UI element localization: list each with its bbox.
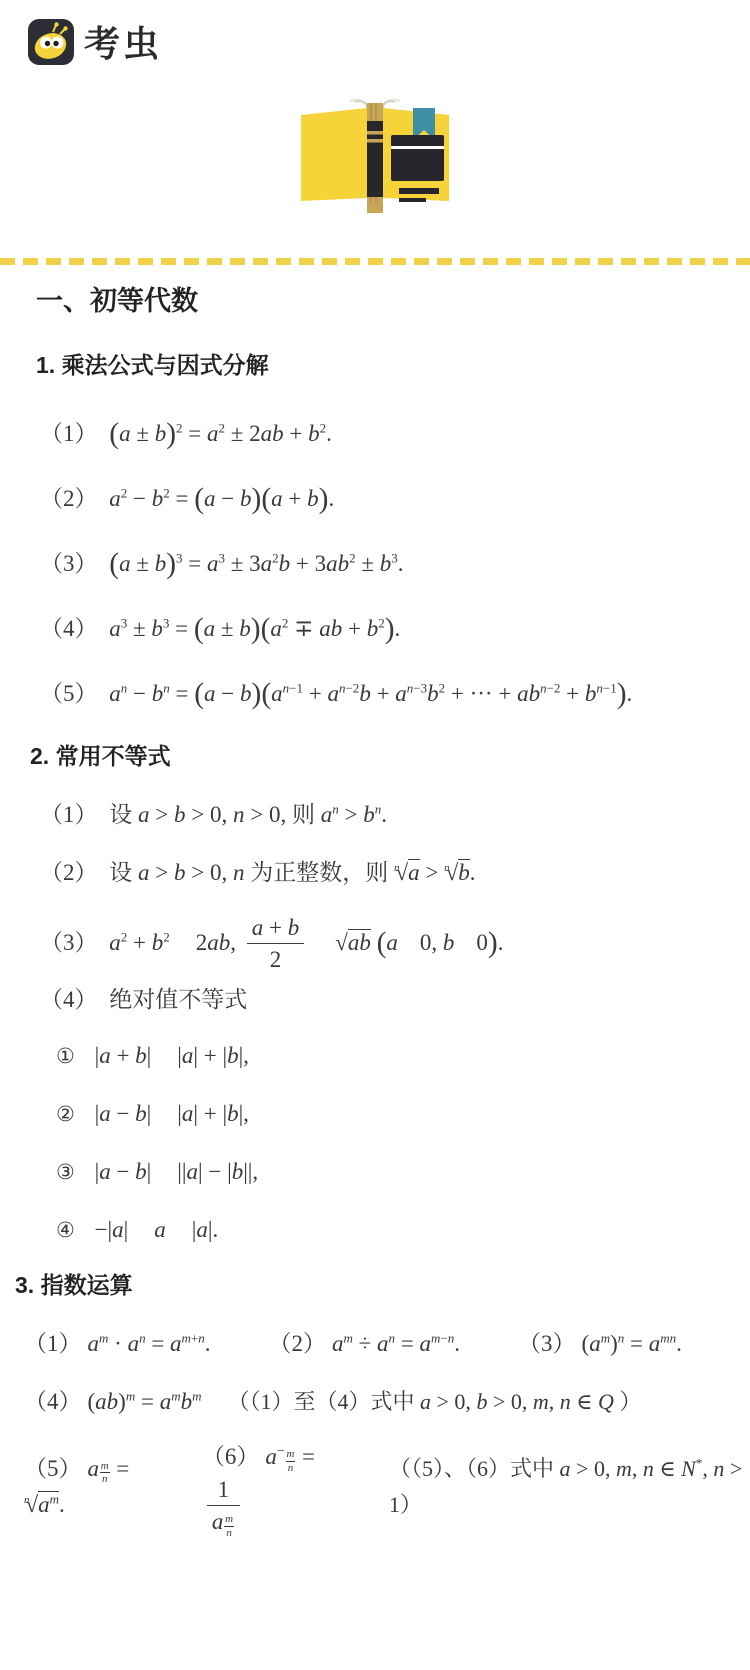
formula-math: am ÷ an = am−n. <box>332 1331 460 1356</box>
formula-math: −|a|a|a|. <box>95 1217 219 1242</box>
section-1-title: 1. 乘法公式与因式分解 <box>36 350 750 380</box>
formula-math: (a ± b)2 = a2 ± 2ab + b2. <box>109 421 332 446</box>
formula-math: a2 + b22ab, a + b2√ab (a0, b0). <box>109 930 503 955</box>
formula-number: （4） <box>40 987 98 1012</box>
book-illustration <box>287 95 463 217</box>
formula-number: （3） <box>518 1331 576 1356</box>
formula-item: （2）am ÷ an = am−n. <box>269 1326 460 1362</box>
formula-math: 绝对值不等式 <box>109 987 247 1012</box>
section-2-title: 2. 常用不等式 <box>30 741 750 771</box>
formula-number: （3） <box>40 930 98 955</box>
formula-math: an − bn = (a − b)(an−1 + an−2b + an−3b2 … <box>109 681 632 706</box>
formula-math: a2 − b2 = (a − b)(a + b). <box>109 486 334 511</box>
formula-number: （2） <box>40 486 98 511</box>
formula-item: （2） 设 a > b > 0, n 为正整数，则 n√a > n√b. <box>40 855 750 891</box>
dashed-divider <box>0 258 750 265</box>
formula-number: （4） <box>40 616 98 641</box>
formula-number: （1） <box>40 802 98 827</box>
formula-math: |a − b|||a| − |b||, <box>95 1159 259 1184</box>
formula-subitem: ④ −|a|a|a|. <box>56 1212 750 1248</box>
page-title: 一、初等代数 <box>36 284 750 318</box>
formula-math: 设 a > b > 0, n 为正整数，则 n√a > n√b. <box>109 860 475 885</box>
circled-number: ② <box>56 1102 75 1126</box>
formula-number: （1） <box>24 1331 82 1356</box>
formula-math: (ab)m = ambm <box>88 1389 202 1414</box>
formula-item: （6）a−mn = 1amn <box>202 1434 351 1539</box>
formula-number: （5） <box>40 681 98 706</box>
brand-mascot-icon <box>28 19 74 65</box>
content: 一、初等代数 1. 乘法公式与因式分解 （1） (a ± b)2 = a2 ± … <box>0 284 750 1539</box>
formula-math: |a + b||a| + |b|, <box>95 1043 249 1068</box>
formula-item: （3） a2 + b22ab, a + b2√ab (a0, b0). <box>40 913 750 976</box>
formula-item: （3） (a ± b)3 = a3 ± 3a2b + 3ab2 ± b3. <box>40 546 750 582</box>
formula-item: （5）amn = n√am. <box>24 1451 164 1523</box>
formula-number: （2） <box>40 860 98 885</box>
formula-math: am · an = am+n. <box>88 1331 211 1356</box>
formula-number: （3） <box>40 551 98 576</box>
formula-row: （1）am · an = am+n. （2）am ÷ an = am−n. （3… <box>24 1326 750 1362</box>
circled-number: ④ <box>56 1218 75 1242</box>
formula-item: （1） (a ± b)2 = a2 ± 2ab + b2. <box>40 416 750 452</box>
formula-math: (am)n = amn. <box>582 1331 682 1356</box>
formula-condition: （（1）至（4）式中 a > 0, b > 0, m, n ∈ Q ） <box>228 1384 642 1420</box>
formula-item: （3）(am)n = amn. <box>518 1326 682 1362</box>
formula-row: （4）(ab)m = ambm （（1）至（4）式中 a > 0, b > 0,… <box>24 1384 750 1420</box>
formula-item: （4）(ab)m = ambm <box>24 1384 202 1420</box>
formula-number: （2） <box>269 1331 327 1356</box>
formula-math: a3 ± b3 = (a ± b)(a2 ∓ ab + b2). <box>109 616 400 641</box>
section-3-title: 3. 指数运算 <box>15 1270 750 1300</box>
circled-number: ③ <box>56 1160 75 1184</box>
circled-number: ① <box>56 1044 75 1068</box>
formula-subitem: ③ |a − b|||a| − |b||, <box>56 1154 750 1190</box>
formula-item: （1）am · an = am+n. <box>24 1326 211 1362</box>
formula-subitem: ① |a + b||a| + |b|, <box>56 1038 750 1074</box>
formula-math: |a − b||a| + |b|, <box>95 1101 249 1126</box>
book-icon <box>287 95 463 217</box>
formula-number: （4） <box>24 1389 82 1414</box>
formula-number: （6） <box>202 1444 260 1469</box>
formula-number: （5） <box>24 1456 82 1481</box>
formula-condition: （（5）、（6）式中 a > 0, m, n ∈ N*, n > 1） <box>389 1451 750 1523</box>
formula-item: （5） an − bn = (a − b)(an−1 + an−2b + an−… <box>40 676 750 712</box>
formula-math: 设 a > b > 0, n > 0, 则 an > bn. <box>109 802 387 827</box>
formula-subitem: ② |a − b||a| + |b|, <box>56 1096 750 1132</box>
formula-number: （1） <box>40 421 98 446</box>
formula-math: (a ± b)3 = a3 ± 3a2b + 3ab2 ± b3. <box>109 551 403 576</box>
formula-item: （1） 设 a > b > 0, n > 0, 则 an > bn. <box>40 797 750 833</box>
formula-item: （2） a2 − b2 = (a − b)(a + b). <box>40 481 750 517</box>
formula-row: （5）amn = n√am. （6）a−mn = 1amn （（5）、（6）式中… <box>24 1434 750 1539</box>
formula-item: （4） 绝对值不等式 <box>40 982 750 1018</box>
brand-logo: 考虫 <box>28 16 162 67</box>
formula-item: （4） a3 ± b3 = (a ± b)(a2 ∓ ab + b2). <box>40 611 750 647</box>
brand-name: 考虫 <box>84 16 162 67</box>
